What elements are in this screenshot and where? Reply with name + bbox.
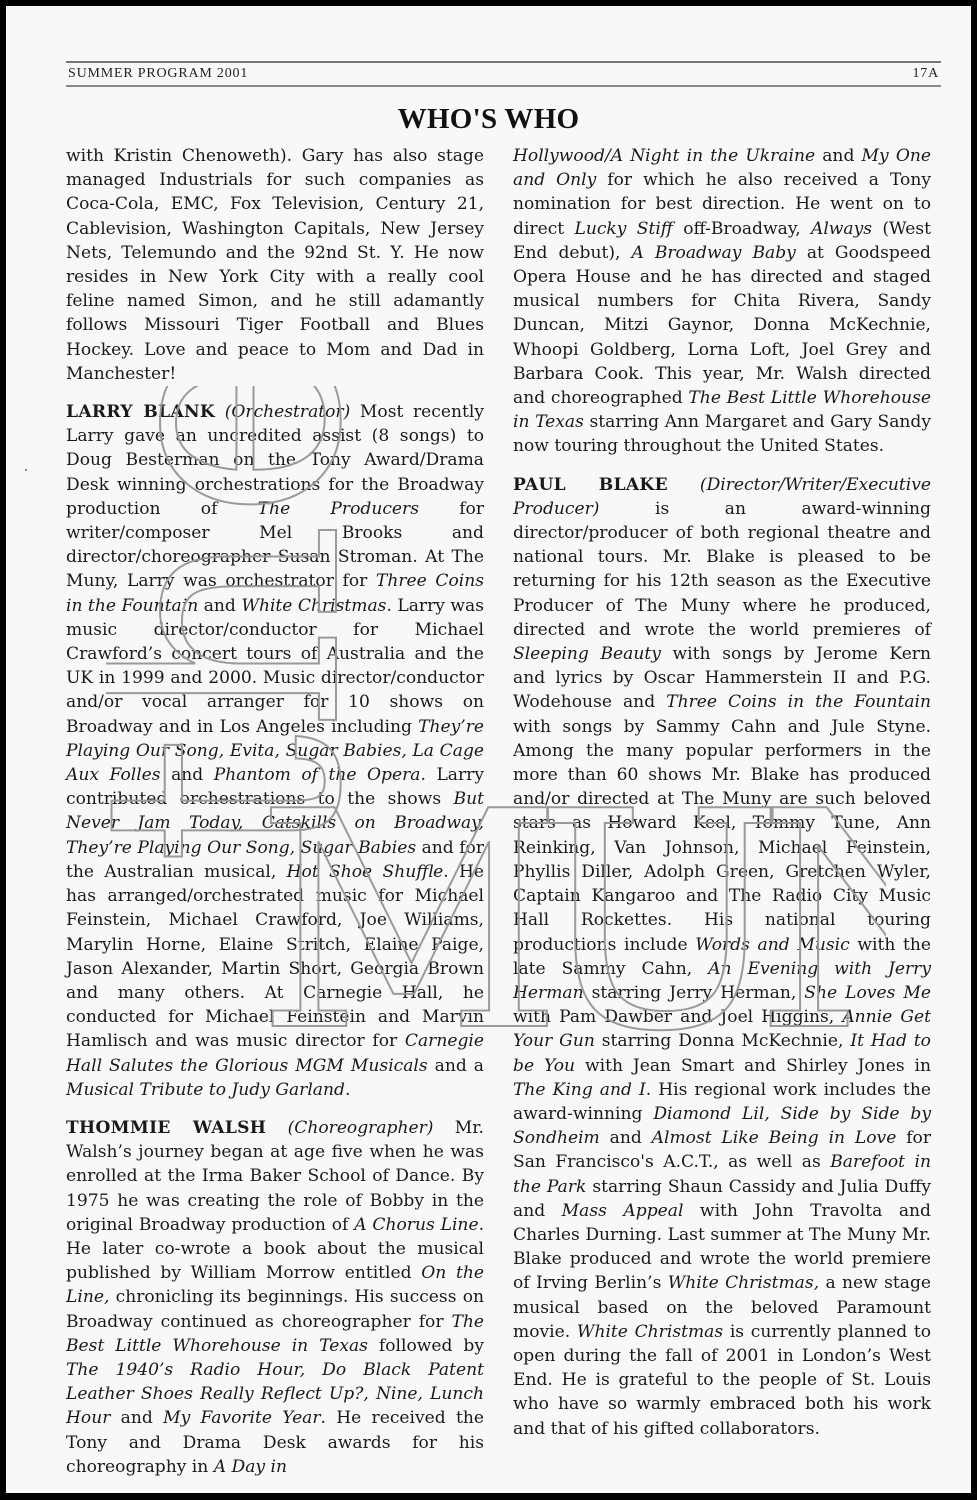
work-title: White Christmas <box>577 1322 723 1342</box>
bio-text: with Jean Smart and Shirley Jones in <box>575 1056 931 1076</box>
bio-larry-blank: LARRY BLANK (Orchestrator) Most recently… <box>66 400 484 1102</box>
program-label: SUMMER PROGRAM 2001 <box>68 66 248 82</box>
work-title: White Christmas <box>241 596 386 616</box>
bio-continuation: with Kristin Chenoweth). Gary has also s… <box>66 144 484 386</box>
page-number: 17A <box>912 66 939 82</box>
bio-text: with Pam Dawber and Joel Higgins, <box>513 1007 842 1027</box>
bio-text: and a <box>428 1056 484 1076</box>
bio-text: starring Donna McKechnie, <box>595 1031 851 1051</box>
bio-text: with songs by Sammy Cahn and Jule Styne.… <box>513 717 931 955</box>
work-title: Lucky Stiff <box>574 219 672 239</box>
work-title: Mass Appeal <box>562 1201 684 1221</box>
bio-text: . Larry was music director/conductor for… <box>66 596 484 737</box>
bio-thommie-walsh: THOMMIE WALSH (Choreographer) Mr. Walsh’… <box>66 1116 484 1479</box>
bio-body: Most recently Larry gave an uncredited a… <box>66 402 484 1100</box>
bio-body: Mr. Walsh’s journey began at age five wh… <box>66 1118 484 1477</box>
bio-role: (Choreographer) <box>288 1118 434 1138</box>
scan-speck <box>25 469 27 471</box>
bio-text: off-Broadway, <box>673 219 811 239</box>
bio-text: and <box>110 1408 163 1428</box>
left-column: with Kristin Chenoweth). Gary has also s… <box>66 144 484 1493</box>
bio-text: starring Jerry Herman, <box>584 983 805 1003</box>
bio-name: THOMMIE WALSH <box>66 1118 266 1138</box>
running-header: SUMMER PROGRAM 2001 17A <box>66 61 941 87</box>
work-title: Three Coins in the Fountain <box>666 692 931 712</box>
bio-text: chronicling its beginnings. His success … <box>66 1287 484 1331</box>
bio-role: (Orchestrator) <box>225 402 351 422</box>
work-title: She Loves Me <box>804 983 931 1003</box>
work-title: Phantom of the Opera <box>214 765 421 785</box>
bio-text: and <box>161 765 214 785</box>
work-title: A Chorus Line <box>354 1215 478 1235</box>
work-title: A Day in <box>214 1457 287 1477</box>
work-title: A Broadway Baby <box>631 243 795 263</box>
bio-text: at Goodspeed Opera House and he has dire… <box>513 243 931 408</box>
bio-continuation: Hollywood/A Night in the Ukraine and My … <box>513 144 931 459</box>
bio-paul-blake: PAUL BLAKE (Director/Writer/Executive Pr… <box>513 473 931 1441</box>
work-title: The King and I <box>513 1080 646 1100</box>
bio-text: is an award-winning director/producer of… <box>513 499 931 640</box>
work-title: The Producers <box>258 499 419 519</box>
work-title: Always <box>811 219 872 239</box>
work-title: Almost Like Being in Love <box>652 1128 897 1148</box>
bio-text: and <box>198 596 241 616</box>
bio-name: LARRY BLANK <box>66 402 215 422</box>
bio-text: . He has arranged/orchestrated music for… <box>66 862 484 1051</box>
work-title: My Favorite Year <box>163 1408 320 1428</box>
bio-text: . <box>345 1080 350 1100</box>
bio-text: and <box>600 1128 652 1148</box>
page-title: WHO'S WHO <box>6 103 971 136</box>
work-title: Sleeping Beauty <box>513 644 661 664</box>
bio-name: PAUL BLAKE <box>513 475 668 495</box>
work-title: Words and Music <box>695 935 849 955</box>
work-title: Hot Shoe Shuffle <box>287 862 444 882</box>
bio-text: and <box>815 146 861 166</box>
bio-text: followed by <box>368 1336 484 1356</box>
program-page: SUMMER PROGRAM 2001 17A WHO'S WHO with K… <box>6 6 971 1493</box>
work-title: White Christmas, <box>668 1273 819 1293</box>
bio-body: is an award-winning director/producer of… <box>513 499 931 1439</box>
work-title: Hollywood/A Night in the Ukraine <box>513 146 815 166</box>
right-column: Hollywood/A Night in the Ukraine and My … <box>513 144 931 1455</box>
work-title: Musical Tribute to Judy Garland <box>66 1080 345 1100</box>
